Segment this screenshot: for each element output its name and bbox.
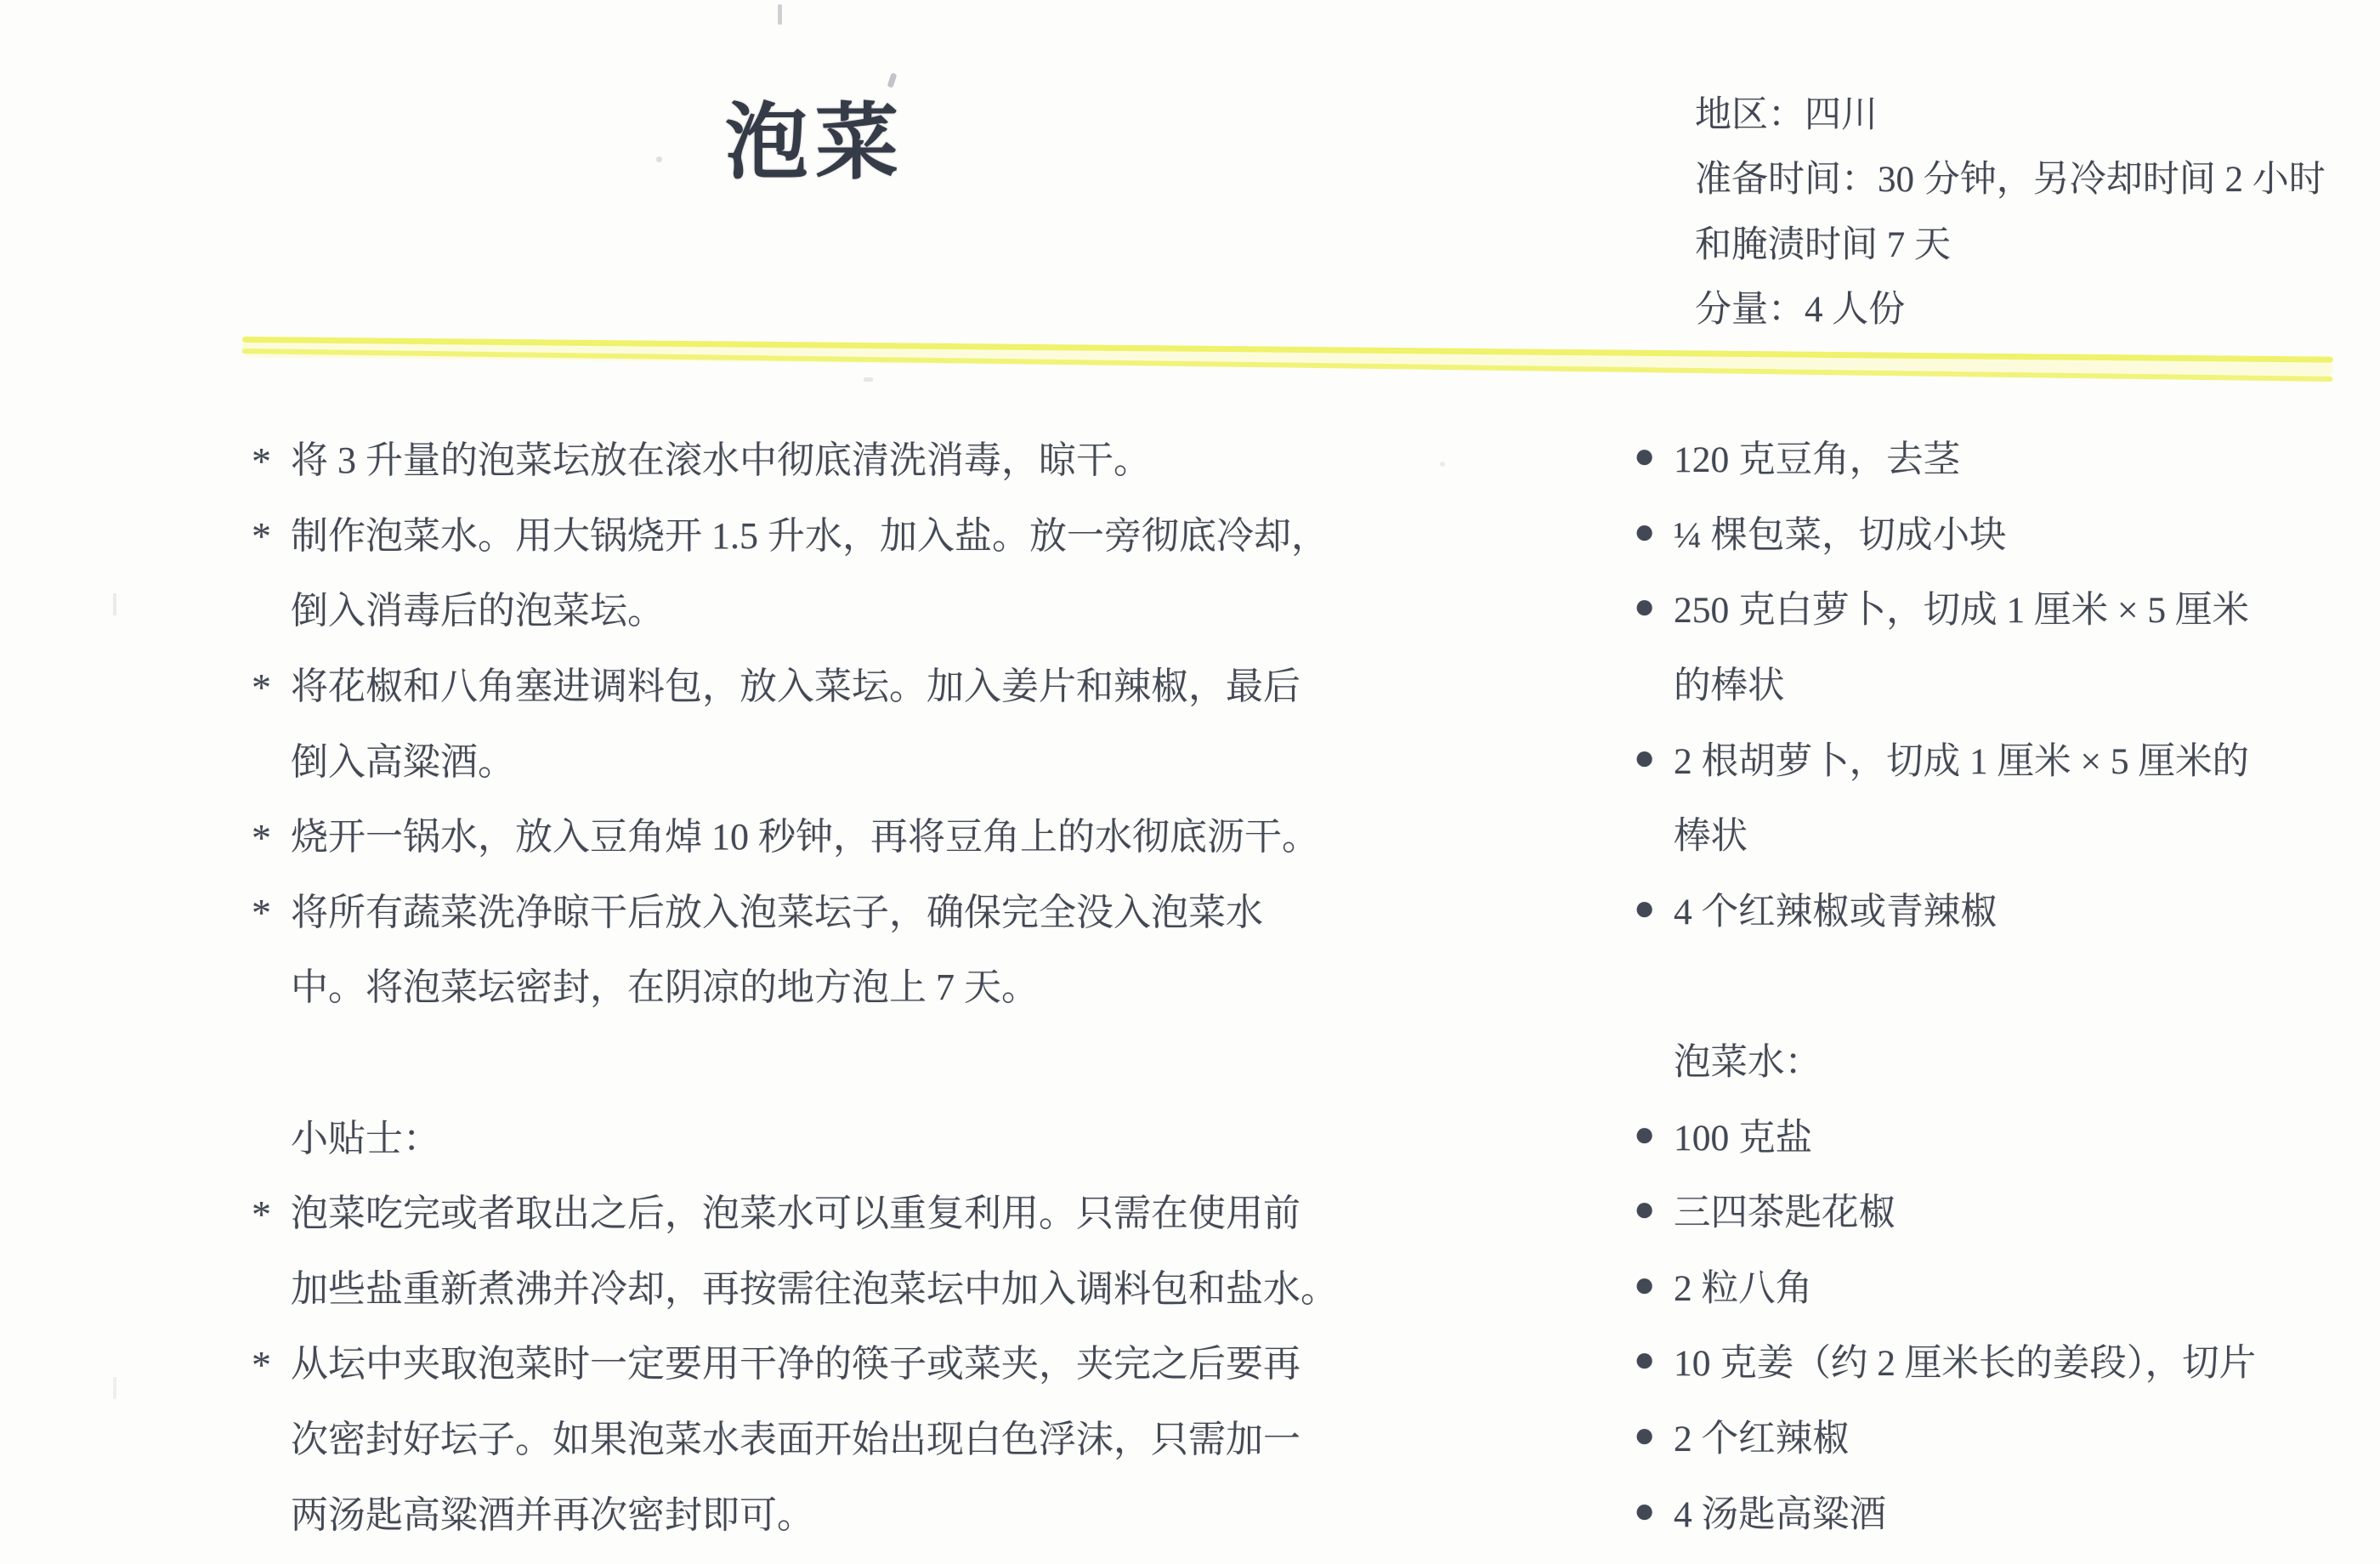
instruction-line: * 将 3 升量的泡菜坛放在滚水中彻底清洗消毒，晾干。	[252, 419, 1459, 495]
ingredient-text: 三四茶匙花椒	[1674, 1183, 1895, 1236]
ingredient-line	[1634, 946, 2365, 1022]
ingredient-text: 4 汤匙高粱酒	[1674, 1485, 1886, 1538]
asterisk-marker: *	[252, 665, 291, 710]
scan-artifact	[887, 72, 898, 88]
asterisk-marker: *	[252, 513, 291, 558]
instruction-text: 将 3 升量的泡菜坛放在滚水中彻底清洗消毒，晾干。	[291, 429, 1151, 484]
instruction-line: 两汤匙高粱酒并再次密封即可。	[252, 1473, 1459, 1549]
asterisk-marker: *	[252, 439, 291, 484]
instruction-line: 加些盐重新煮沸并冷却，再按需往泡菜坛中加入调料包和盐水。	[252, 1248, 1459, 1323]
ingredient-text: 10 克姜（约 2 厘米长的姜段），切片	[1674, 1334, 2256, 1386]
ingredient-line: ● 2 根胡萝卜，切成 1 厘米 × 5 厘米的	[1634, 720, 2365, 796]
bullet-marker: ●	[1634, 1265, 1674, 1306]
ingredient-line: ● 250 克白萝卜，切成 1 厘米 × 5 厘米	[1634, 569, 2365, 645]
recipe-title: 泡菜	[725, 99, 905, 186]
ingredient-line: ● 2 个红辣椒	[1634, 1398, 2365, 1474]
instruction-line: * 将花椒和八角塞进调料包，放入菜坛。加入姜片和辣椒，最后	[252, 645, 1459, 721]
bullet-marker: ●	[1634, 1491, 1674, 1532]
ingredient-line: ● 4 个红辣椒或青辣椒	[1634, 871, 2365, 947]
instruction-text: 小贴士：	[291, 1108, 440, 1162]
instruction-line: * 将所有蔬菜洗净晾干后放入泡菜坛子，确保完全没入泡菜水	[252, 871, 1459, 947]
scan-artifact	[113, 1377, 116, 1399]
instruction-text: 加些盐重新煮沸并冷却，再按需往泡菜坛中加入调料包和盐水。	[291, 1258, 1338, 1312]
instruction-text: 两汤匙高粱酒并再次密封即可。	[291, 1484, 814, 1538]
asterisk-marker: *	[252, 890, 291, 935]
scan-artifact	[1440, 462, 1445, 467]
ingredient-line: 棒状	[1634, 796, 2365, 871]
scan-artifact	[113, 593, 116, 615]
instruction-line: * 烧开一锅水，放入豆角焯 10 秒钟，再将豆角上的水彻底沥干。	[252, 796, 1459, 871]
meta-line-text: 地区：四川	[1695, 95, 1878, 135]
instruction-text: 倒入高粱酒。	[291, 731, 515, 785]
ingredient-line: ● 120 克豆角，去茎	[1634, 419, 2365, 495]
ingredient-line: ● 三四茶匙花椒	[1634, 1172, 2365, 1248]
instruction-text: 将花椒和八角塞进调料包，放入菜坛。加入姜片和辣椒，最后	[291, 655, 1300, 710]
instruction-line: * 制作泡菜水。用大锅烧开 1.5 升水，加入盐。放一旁彻底冷却，	[252, 495, 1459, 570]
ingredient-text: 100 克盐	[1674, 1108, 1812, 1161]
ingredient-text: 的棒状	[1674, 656, 1785, 709]
ingredient-line: ● 100 克盐	[1634, 1096, 2365, 1172]
instruction-line: * 从坛中夹取泡菜时一定要用干净的筷子或菜夹，夹完之后要再	[252, 1323, 1459, 1398]
ingredient-text: ¼ 棵包菜，切成小块	[1674, 506, 2007, 558]
instruction-line	[252, 1022, 1459, 1097]
meta-line-text: 和腌渍时间 7 天	[1695, 225, 1951, 265]
instruction-line: 倒入高粱酒。	[252, 720, 1459, 796]
asterisk-marker: *	[252, 815, 291, 860]
ingredient-line: ● ¼ 棵包菜，切成小块	[1634, 495, 2365, 570]
ingredient-line: ● 10 克姜（约 2 厘米长的姜段），切片	[1634, 1323, 2365, 1398]
instruction-line: 中。将泡菜坛密封，在阴凉的地方泡上 7 天。	[252, 946, 1459, 1022]
asterisk-marker: *	[252, 1192, 291, 1237]
ingredient-text: 棒状	[1674, 807, 1748, 859]
instruction-text: 从坛中夹取泡菜时一定要用干净的筷子或菜夹，夹完之后要再	[291, 1333, 1300, 1387]
instruction-text: 将所有蔬菜洗净晾干后放入泡菜坛子，确保完全没入泡菜水	[291, 881, 1263, 936]
ingredient-text: 2 个红辣椒	[1674, 1409, 1850, 1462]
instruction-text: 倒入消毒后的泡菜坛。	[291, 580, 665, 634]
bullet-marker: ●	[1634, 1415, 1674, 1456]
instruction-text: 中。将泡菜坛密封，在阴凉的地方泡上 7 天。	[291, 956, 1039, 1011]
instruction-text: 烧开一锅水，放入豆角焯 10 秒钟，再将豆角上的水彻底沥干。	[291, 806, 1319, 860]
instruction-text: 次密封好坛子。如果泡菜水表面开始出现白色浮沫，只需加一	[291, 1408, 1300, 1463]
ingredient-text: 2 根胡萝卜，切成 1 厘米 × 5 厘米的	[1674, 732, 2249, 785]
instruction-text: 制作泡菜水。用大锅烧开 1.5 升水，加入盐。放一旁彻底冷却，	[291, 505, 1329, 559]
bullet-marker: ●	[1634, 1340, 1674, 1380]
ingredient-line: 泡菜水：	[1634, 1022, 2365, 1097]
meta-line-text: 分量：4 人份	[1695, 290, 1905, 330]
ingredient-text: 泡菜水：	[1674, 1033, 1822, 1085]
instruction-line: 倒入消毒后的泡菜坛。	[252, 569, 1459, 645]
ingredient-line: ● 2 粒八角	[1634, 1248, 2365, 1323]
ingredient-text: 120 克豆角，去茎	[1674, 430, 1960, 483]
bullet-marker: ●	[1634, 738, 1674, 779]
bullet-marker: ●	[1634, 436, 1674, 477]
instruction-line: 次密封好坛子。如果泡菜水表面开始出现白色浮沫，只需加一	[252, 1398, 1459, 1474]
instruction-text: 泡菜吃完或者取出之后，泡菜水可以重复利用。只需在使用前	[291, 1182, 1300, 1237]
recipe-meta: 地区：四川 准备时间：30 分钟，另冷却时间 2 小时 和腌渍时间 7 天 分量…	[1622, 18, 2326, 278]
instructions-column: * 将 3 升量的泡菜坛放在滚水中彻底清洗消毒，晾干。 * 制作泡菜水。用大锅烧…	[252, 419, 1459, 1549]
bullet-marker: ●	[1634, 888, 1674, 929]
scan-artifact	[656, 156, 662, 162]
ingredient-text: 4 个红辣椒或青辣椒	[1674, 882, 1997, 935]
ingredients-column: ● 120 克豆角，去茎 ● ¼ 棵包菜，切成小块 ● 250 克白萝卜，切成 …	[1634, 419, 2365, 1549]
scan-artifact	[864, 377, 873, 382]
bullet-marker: ●	[1634, 1114, 1674, 1155]
ingredient-line: ● 4 汤匙高粱酒	[1634, 1473, 2365, 1549]
meta-line: 地区：四川	[1622, 18, 2326, 83]
instruction-line: * 泡菜吃完或者取出之后，泡菜水可以重复利用。只需在使用前	[252, 1172, 1459, 1248]
instruction-line: 小贴士：	[252, 1096, 1459, 1172]
asterisk-marker: *	[252, 1342, 291, 1387]
bullet-marker: ●	[1634, 1189, 1674, 1230]
yellow-divider	[242, 335, 2333, 393]
meta-line-text: 准备时间：30 分钟，另冷却时间 2 小时	[1695, 160, 2326, 200]
recipe-page: 泡菜 地区：四川 准备时间：30 分钟，另冷却时间 2 小时 和腌渍时间 7 天…	[0, 0, 2380, 1564]
scan-artifact	[778, 4, 782, 25]
ingredient-text: 2 粒八角	[1674, 1259, 1812, 1312]
ingredient-text: 250 克白萝卜，切成 1 厘米 × 5 厘米	[1674, 581, 2249, 633]
bullet-marker: ●	[1634, 512, 1674, 552]
bullet-marker: ●	[1634, 586, 1674, 627]
ingredient-line: 的棒状	[1634, 645, 2365, 721]
